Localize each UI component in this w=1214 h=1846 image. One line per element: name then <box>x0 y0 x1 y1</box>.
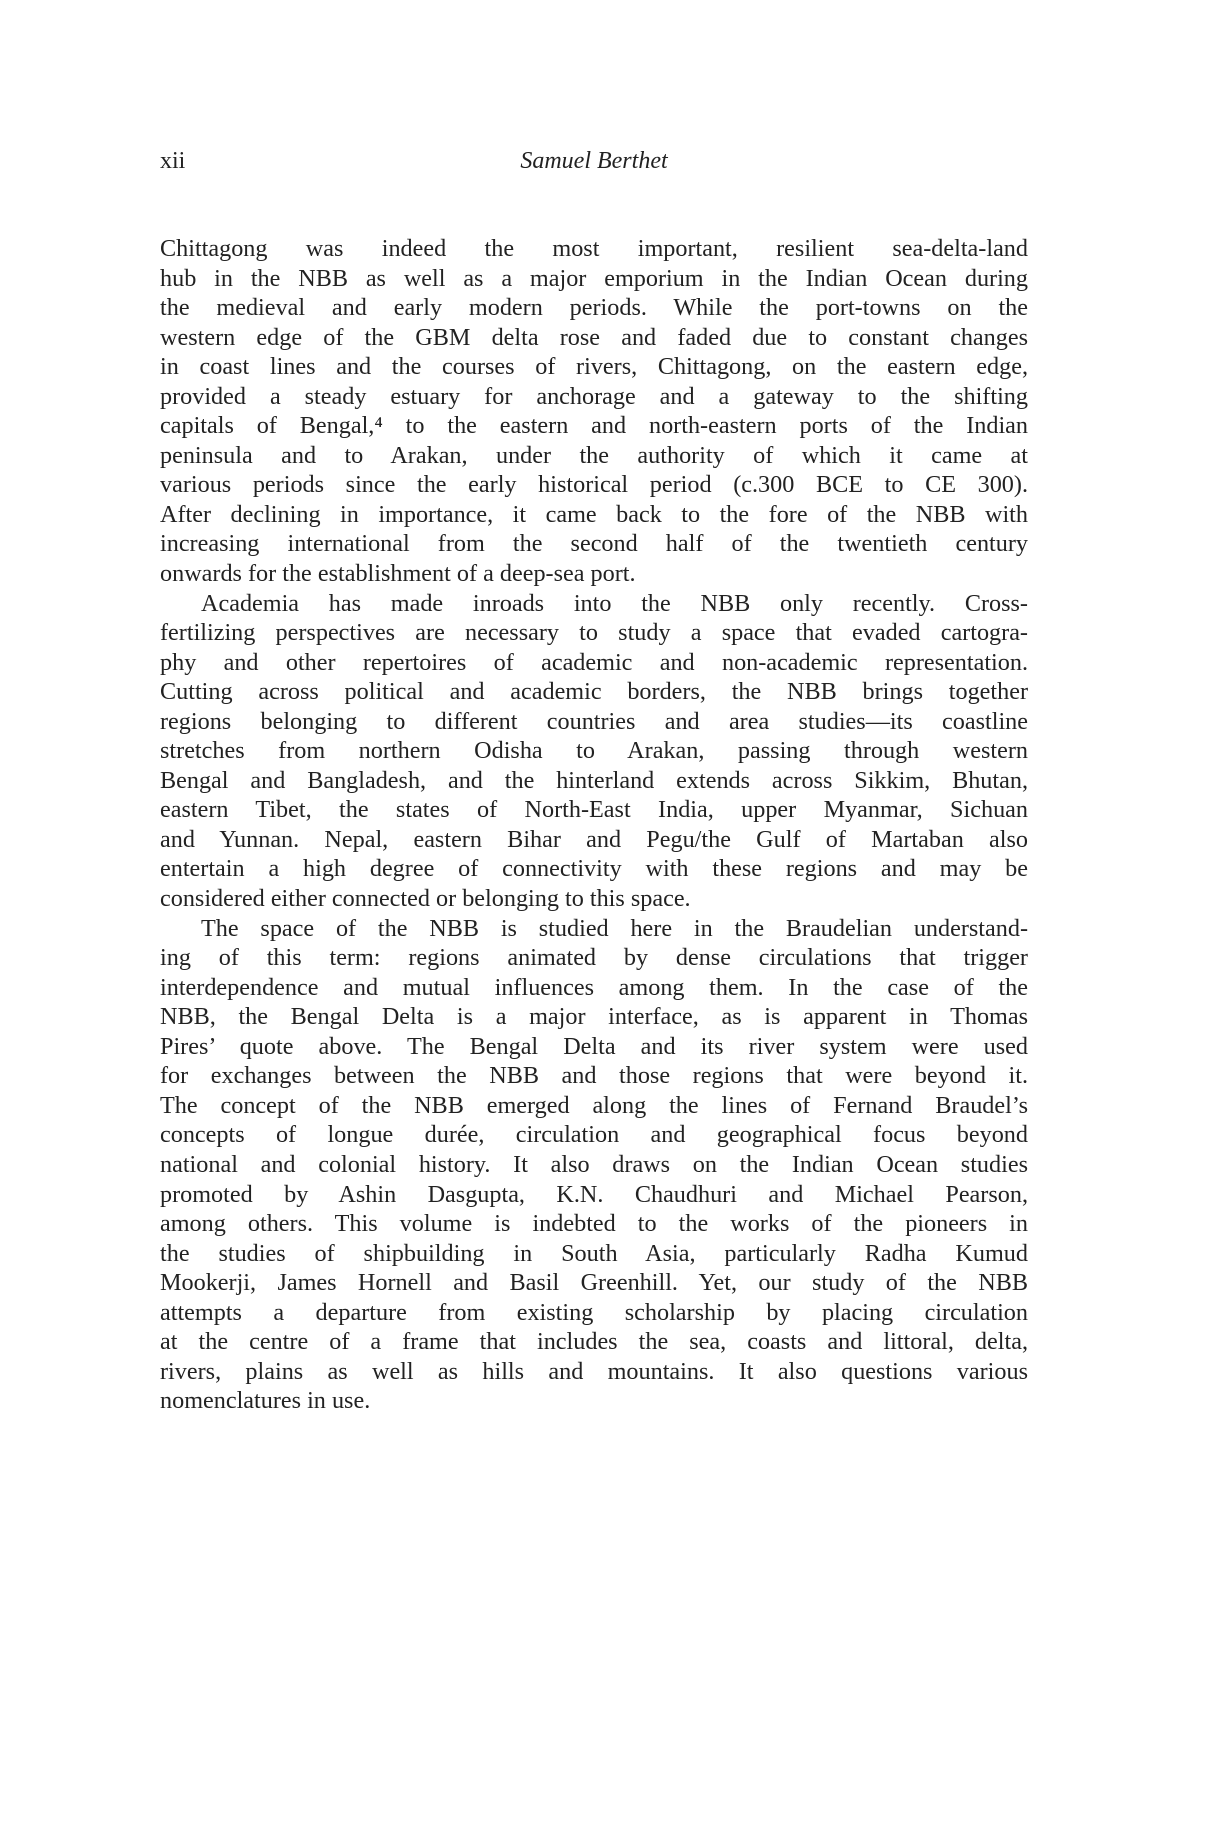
running-head: xii Samuel Berthet <box>160 148 1028 182</box>
text-line: The space of the NBB is studied here in … <box>160 914 1028 944</box>
text-line: promoted by Ashin Dasgupta, K.N. Chaudhu… <box>160 1180 1028 1210</box>
text-line: capitals of Bengal,⁴ to the eastern and … <box>160 411 1028 441</box>
text-line: rivers, plains as well as hills and moun… <box>160 1357 1028 1387</box>
text-line: considered either connected or belonging… <box>160 884 1028 914</box>
text-line: onwards for the establishment of a deep-… <box>160 559 1028 589</box>
text-line: various periods since the early historic… <box>160 470 1028 500</box>
text-line: hub in the NBB as well as a major empori… <box>160 264 1028 294</box>
text-line: Pires’ quote above. The Bengal Delta and… <box>160 1032 1028 1062</box>
text-line: at the centre of a frame that includes t… <box>160 1327 1028 1357</box>
text-line: concepts of longue durée, circulation an… <box>160 1120 1028 1150</box>
text-line: Chittagong was indeed the most important… <box>160 234 1028 264</box>
text-line: Cutting across political and academic bo… <box>160 677 1028 707</box>
text-line: Mookerji, James Hornell and Basil Greenh… <box>160 1268 1028 1298</box>
text-line: western edge of the GBM delta rose and f… <box>160 323 1028 353</box>
text-line: The concept of the NBB emerged along the… <box>160 1091 1028 1121</box>
text-line: stretches from northern Odisha to Arakan… <box>160 736 1028 766</box>
text-line: ing of this term: regions animated by de… <box>160 943 1028 973</box>
text-line: the medieval and early modern periods. W… <box>160 293 1028 323</box>
text-line: attempts a departure from existing schol… <box>160 1298 1028 1328</box>
text-line: fertilizing perspectives are necessary t… <box>160 618 1028 648</box>
text-line: eastern Tibet, the states of North-East … <box>160 795 1028 825</box>
text-line: among others. This volume is indebted to… <box>160 1209 1028 1239</box>
text-line: peninsula and to Arakan, under the autho… <box>160 441 1028 471</box>
text-line: phy and other repertoires of academic an… <box>160 648 1028 678</box>
paragraph: Chittagong was indeed the most important… <box>160 234 1028 589</box>
text-line: the studies of shipbuilding in South Asi… <box>160 1239 1028 1269</box>
paragraph: Academia has made inroads into the NBB o… <box>160 589 1028 914</box>
text-line: national and colonial history. It also d… <box>160 1150 1028 1180</box>
text-line: NBB, the Bengal Delta is a major interfa… <box>160 1002 1028 1032</box>
text-line: entertain a high degree of connectivity … <box>160 854 1028 884</box>
text-line: provided a steady estuary for anchorage … <box>160 382 1028 412</box>
running-head-author: Samuel Berthet <box>160 148 1028 175</box>
text-line: interdependence and mutual influences am… <box>160 973 1028 1003</box>
text-line: Bengal and Bangladesh, and the hinterlan… <box>160 766 1028 796</box>
text-line: Academia has made inroads into the NBB o… <box>160 589 1028 619</box>
text-line: increasing international from the second… <box>160 529 1028 559</box>
text-line: nomenclatures in use. <box>160 1386 1028 1416</box>
text-line: After declining in importance, it came b… <box>160 500 1028 530</box>
text-line: regions belonging to different countries… <box>160 707 1028 737</box>
paragraph: The space of the NBB is studied here in … <box>160 914 1028 1416</box>
text-line: and Yunnan. Nepal, eastern Bihar and Peg… <box>160 825 1028 855</box>
text-line: in coast lines and the courses of rivers… <box>160 352 1028 382</box>
body-text: Chittagong was indeed the most important… <box>160 234 1028 1416</box>
text-line: for exchanges between the NBB and those … <box>160 1061 1028 1091</box>
